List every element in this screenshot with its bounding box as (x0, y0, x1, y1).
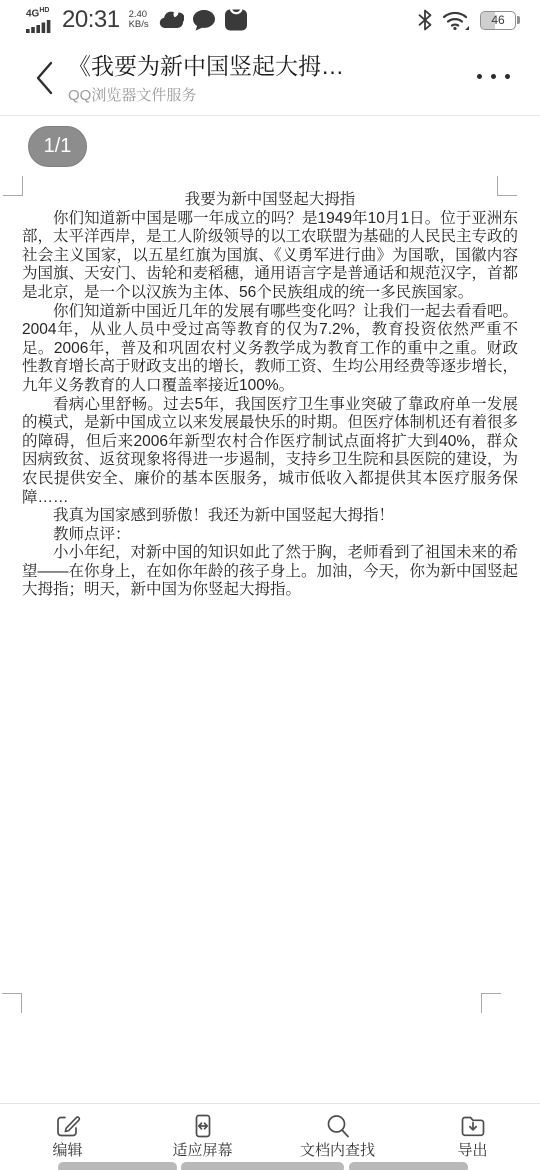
document-paragraph: 你们知道新中国近几年的发展有哪些变化吗？让我们一起去看看吧。2004年，从业人员… (22, 303, 518, 396)
battery-nub (517, 16, 520, 24)
network-speed: 2.40 KB/s (129, 10, 149, 30)
document-paragraph: 你们知道新中国是哪一年成立的吗？是1949年10月1日。位于亚洲东部，太平洋西岸… (22, 210, 518, 303)
app-header: 《我要为新中国竖起大拇… QQ浏览器文件服务 (0, 40, 540, 116)
export-button[interactable]: 导出 (405, 1104, 540, 1162)
screen: 4GHD 20:31 2.40 KB/s (0, 0, 540, 1170)
bottom-toolbar: 编辑 适应屏幕 文档内查找 导出 (0, 1103, 540, 1162)
fit-screen-button[interactable]: 适应屏幕 (135, 1104, 270, 1162)
fit-screen-label: 适应屏幕 (172, 1143, 232, 1159)
cloud-notification-icon (158, 9, 184, 31)
speed-unit: KB/s (129, 20, 149, 30)
search-in-doc-button[interactable]: 文档内查找 (270, 1104, 405, 1162)
search-in-doc-label: 文档内查找 (300, 1143, 375, 1159)
document-paragraph: 教师点评： (22, 526, 518, 545)
export-label: 导出 (457, 1143, 487, 1159)
wifi-icon (442, 9, 470, 31)
dot (491, 74, 496, 79)
clock: 20:31 (62, 6, 120, 34)
status-bar: 4GHD 20:31 2.40 KB/s (0, 0, 540, 40)
back-button[interactable] (30, 58, 60, 98)
export-icon (459, 1112, 487, 1140)
segment-bar (181, 1162, 344, 1170)
chat-message-icon (192, 9, 216, 32)
bottom-segment-bars (0, 1162, 540, 1170)
page-corner-mark-top-left (3, 176, 23, 196)
document-paragraph: 小小年纪，对新中国的知识如此了然于胸，老师看到了祖国未来的希望——在你身上，在如… (22, 544, 518, 600)
segment-bar (58, 1162, 177, 1170)
hd-badge: HD (39, 7, 49, 14)
back-chevron-icon (34, 60, 56, 96)
page-corner-mark-bottom-right (481, 993, 501, 1013)
search-in-doc-icon (324, 1112, 352, 1140)
file-title: 《我要为新中国竖起大拇… (68, 48, 460, 81)
edit-icon (54, 1112, 82, 1140)
segment-bar (349, 1162, 468, 1170)
edit-label: 编辑 (52, 1143, 82, 1159)
cellular-signal-icon: 4GHD (26, 7, 53, 32)
dot (505, 74, 510, 79)
battery-indicator: 46 (480, 11, 520, 30)
page-corner-mark-bottom-left (2, 993, 22, 1013)
dot (477, 74, 482, 79)
document-page: 我要为新中国竖起大拇指 你们知道新中国是哪一年成立的吗？是1949年10月1日。… (22, 191, 518, 600)
battery-percentage: 46 (491, 13, 504, 27)
document-title: 我要为新中国竖起大拇指 (22, 191, 518, 210)
edit-button[interactable]: 编辑 (0, 1104, 135, 1162)
network-type-label: 4G (26, 9, 39, 20)
page-indicator-badge: 1/1 (28, 126, 87, 167)
file-source-subtitle: QQ浏览器文件服务 (68, 84, 460, 105)
app-store-notification-icon (224, 8, 248, 32)
fit-screen-icon (189, 1112, 217, 1140)
document-paragraph: 看病心里舒畅。过去5年，我国医疗卫生事业突破了靠政府单一发展的模式，是新中国成立… (22, 396, 518, 508)
bluetooth-icon (418, 9, 432, 31)
document-paragraph: 我真为国家感到骄傲！我还为新中国竖起大拇指！ (22, 507, 518, 526)
more-options-button[interactable] (475, 68, 512, 85)
